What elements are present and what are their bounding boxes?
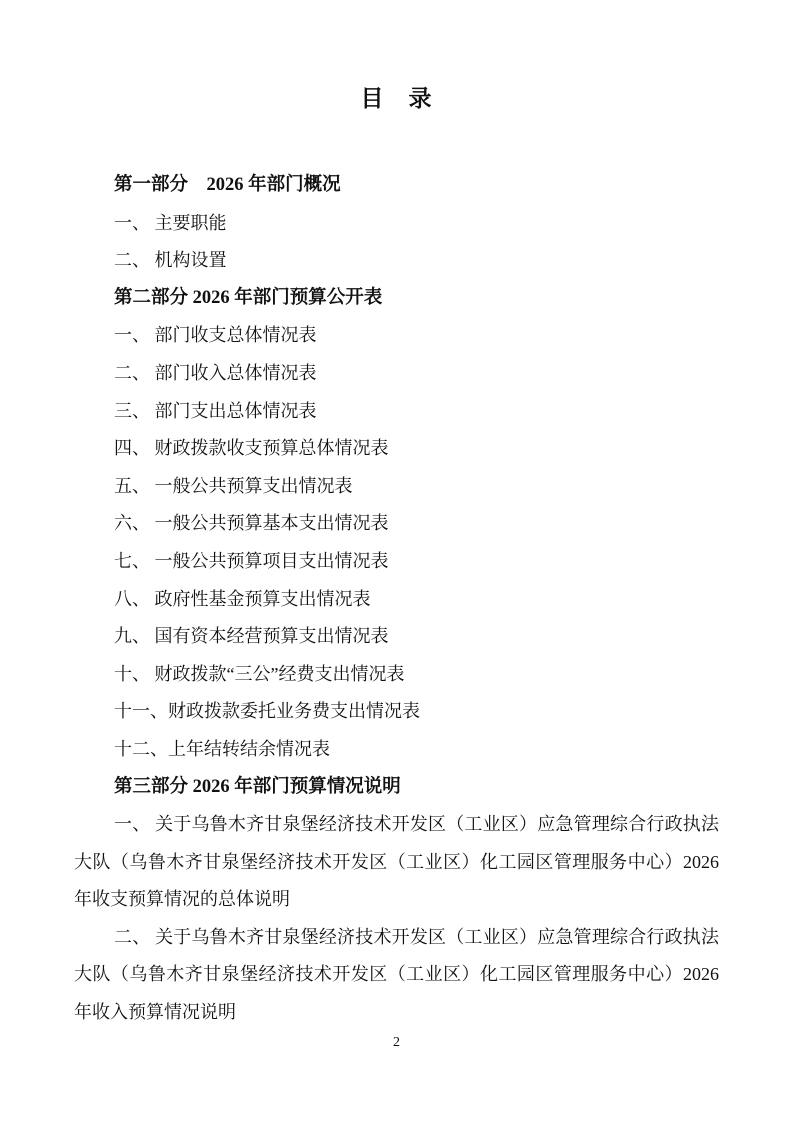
toc-entry: 二、 机构设置	[74, 242, 719, 280]
toc-section-heading: 第一部分 2026 年部门概况	[74, 167, 719, 205]
toc-entry: 三、 部门支出总体情况表	[74, 393, 719, 431]
toc-entry: 四、 财政拨款收支预算总体情况表	[74, 430, 719, 468]
toc-entry: 二、 部门收入总体情况表	[74, 355, 719, 393]
toc-entry: 十二、上年结转结余情况表	[74, 731, 719, 769]
document-page: 目 录 第一部分 2026 年部门概况 一、 主要职能 二、 机构设置 第二部分…	[0, 0, 793, 1122]
toc-entry: 五、 一般公共预算支出情况表	[74, 468, 719, 506]
toc-entry: 一、 主要职能	[74, 205, 719, 243]
toc-entry-paragraph: 一、 关于乌鲁木齐甘泉堡经济技术开发区（工业区）应急管理综合行政执法大队（乌鲁木…	[74, 806, 719, 919]
toc-entry: 八、 政府性基金预算支出情况表	[74, 581, 719, 619]
toc-entry: 七、 一般公共预算项目支出情况表	[74, 543, 719, 581]
toc-entry: 九、 国有资本经营预算支出情况表	[74, 618, 719, 656]
toc-entry: 六、 一般公共预算基本支出情况表	[74, 505, 719, 543]
toc-entry: 十一、财政拨款委托业务费支出情况表	[74, 693, 719, 731]
table-of-contents: 第一部分 2026 年部门概况 一、 主要职能 二、 机构设置 第二部分 202…	[74, 167, 719, 1032]
page-title: 目 录	[74, 84, 719, 114]
page-number: 2	[74, 1034, 719, 1052]
toc-entry: 十、 财政拨款“三公”经费支出情况表	[74, 656, 719, 694]
toc-entry-paragraph: 二、 关于乌鲁木齐甘泉堡经济技术开发区（工业区）应急管理综合行政执法大队（乌鲁木…	[74, 919, 719, 1032]
toc-entry: 一、 部门收支总体情况表	[74, 317, 719, 355]
toc-section-heading: 第二部分 2026 年部门预算公开表	[74, 280, 719, 318]
toc-section-heading: 第三部分 2026 年部门预算情况说明	[74, 769, 719, 807]
